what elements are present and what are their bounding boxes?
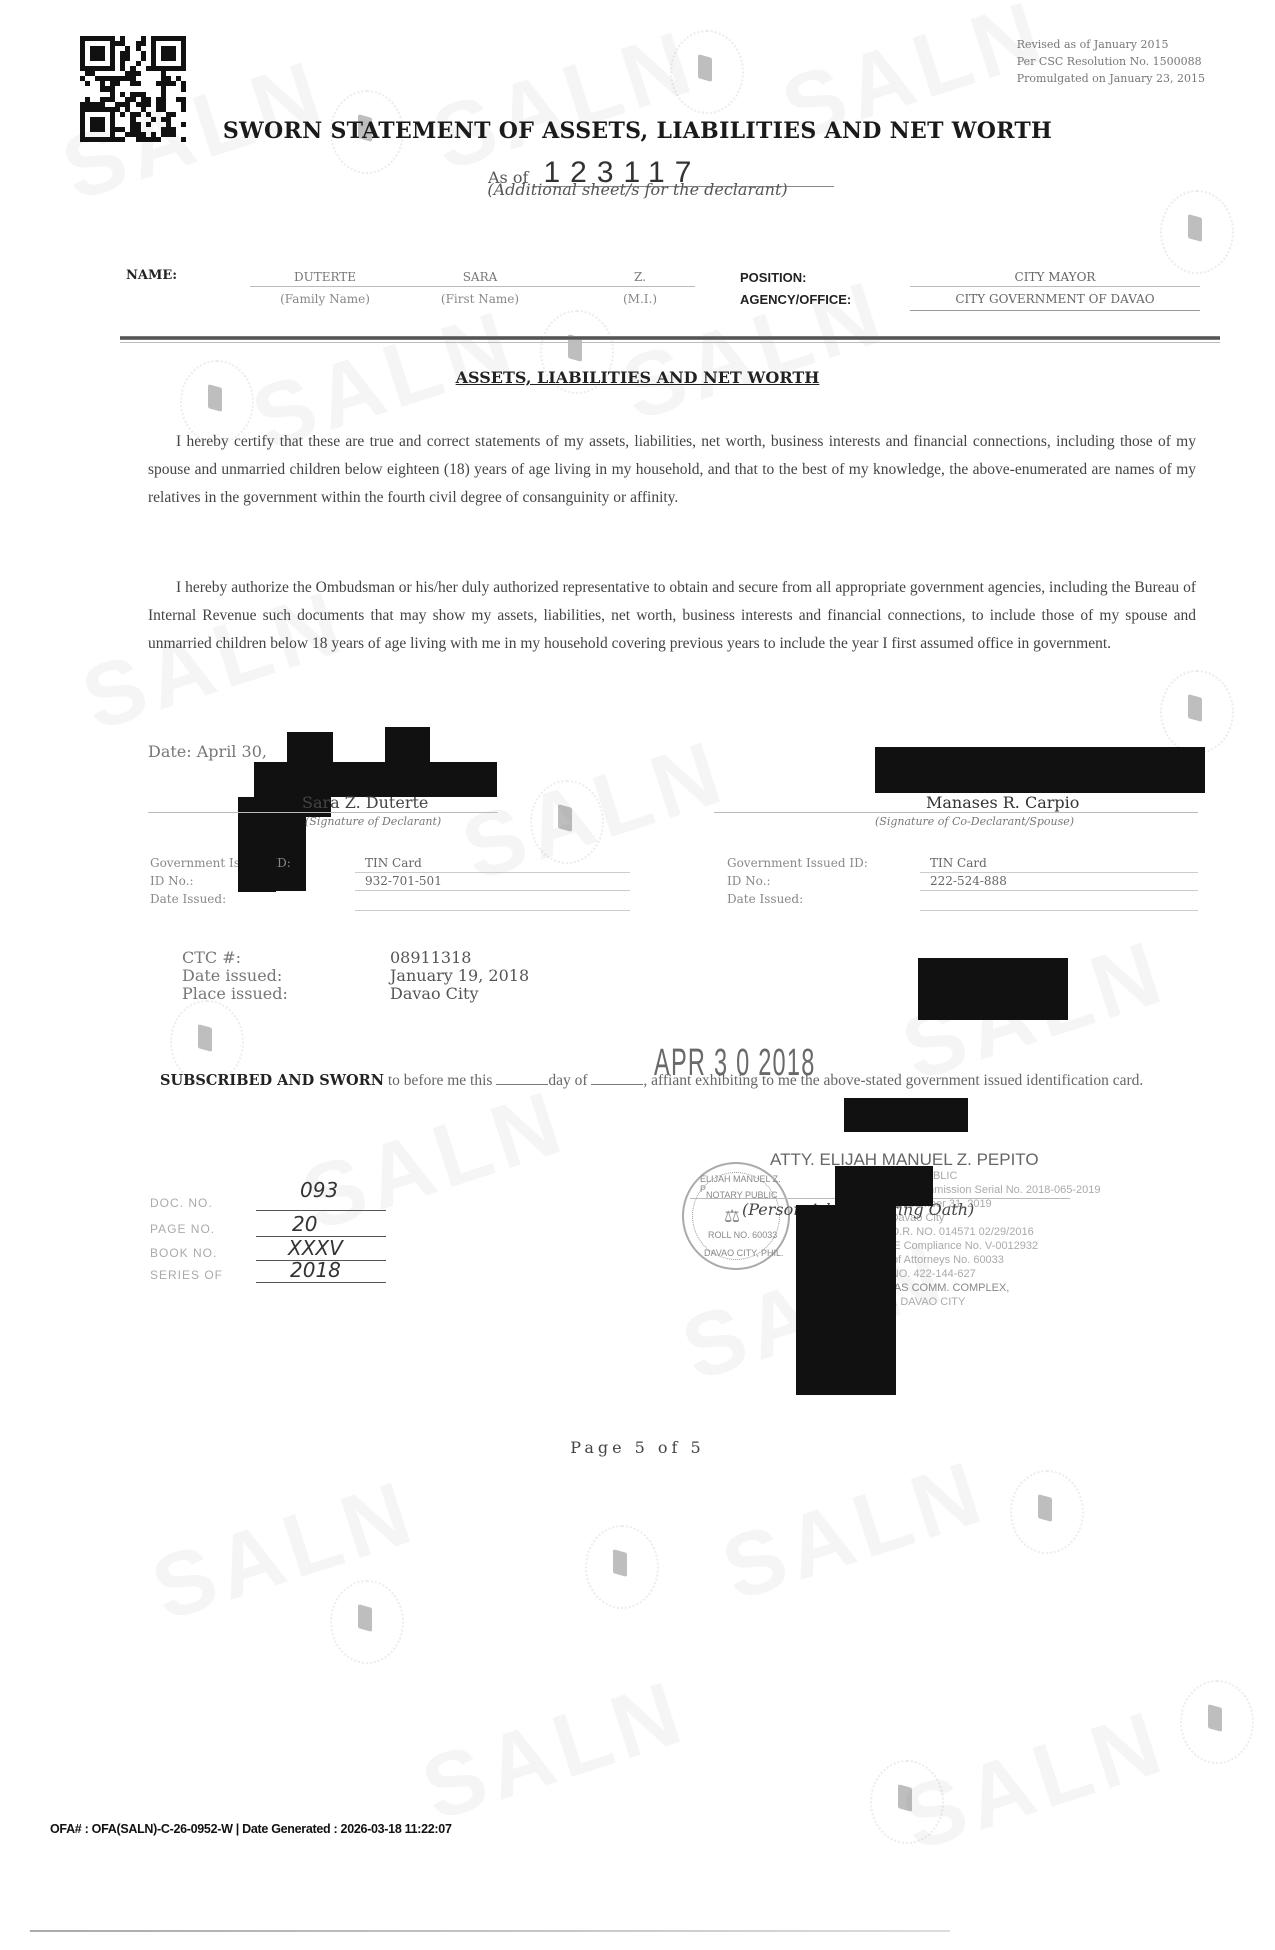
scan-edge-line [30,1930,950,1932]
declarant-gov-id: TIN Card [365,856,422,870]
doc-no-value: 093 [300,1178,338,1202]
spouse-gov-id: TIN Card [930,856,987,870]
watermark-seal-icon [670,30,744,114]
jurat-text: SUBSCRIBED AND SWORN to before me this d… [160,1070,1200,1092]
seal-text: ROLL NO. 60033 [708,1230,777,1240]
spouse-id-no-label: ID No.: [727,874,771,888]
watermark-seal-icon [330,1580,404,1664]
declarant-date-issued-label: Date Issued: [150,892,226,906]
ctc-number: 08911318 [390,948,471,967]
scales-icon: ⚖ [724,1206,740,1227]
doc-no-label: DOC. NO. [150,1196,213,1210]
name-underline [250,286,695,287]
mi-caption: (M.I.) [600,292,680,306]
page-no-value: 20 [292,1212,317,1236]
field-underline [355,910,630,911]
field-underline [920,890,1198,891]
day-blank [496,1084,548,1085]
field-underline [920,910,1198,911]
redaction-block [918,958,1068,1020]
field-underline [256,1210,386,1211]
first-name-caption: (First Name) [405,292,555,306]
family-name: DUTERTE [250,270,400,284]
seal-text: DAVAO CITY, PHIL. [704,1248,784,1258]
redaction-block [254,762,497,797]
month-blank [591,1084,643,1085]
position-value: CITY MAYOR [910,270,1200,284]
revision-note: Revised as of January 2015 Per CSC Resol… [1017,36,1205,87]
page-no-label: PAGE NO. [150,1222,215,1236]
watermark-seal-icon [1010,1470,1084,1554]
section-divider [120,336,1220,340]
series-label: SERIES OF [150,1268,223,1282]
field-underline [256,1282,386,1283]
declarant-id-no: 932-701-501 [365,874,442,888]
ctc-label: CTC #: [182,948,241,967]
certification-paragraph: I hereby certify that these are true and… [148,428,1196,512]
redaction-block [385,727,430,766]
watermark: SALN [611,261,899,442]
document-title: SWORN STATEMENT OF ASSETS, LIABILITIES A… [0,118,1275,144]
spouse-name: Manases R. Carpio [926,793,1079,812]
revision-line: Revised as of January 2015 [1017,36,1205,53]
declarant-signature-line [148,812,498,813]
first-name: SARA [405,270,555,284]
watermark-seal-icon [1160,190,1234,274]
ctc-date-label: Date issued: [182,966,282,985]
field-underline [355,890,630,891]
watermark-seal-icon [1180,1680,1254,1764]
spouse-signature-caption: (Signature of Co-Declarant/Spouse) [875,815,1074,828]
section-divider-thin [120,342,1220,343]
redaction-block [238,856,276,892]
family-name-caption: (Family Name) [250,292,400,306]
watermark-seal-icon [585,1525,659,1609]
redaction-block [287,732,333,766]
section-title: ASSETS, LIABILITIES AND NET WORTH [0,368,1275,387]
generated-footer: OFA# : OFA(SALN)-C-26-0952-W | Date Gene… [50,1822,452,1836]
book-no-label: BOOK NO. [150,1246,217,1260]
agency-underline [910,310,1200,311]
watermark-seal-icon [870,1760,944,1844]
ctc-date: January 19, 2018 [390,966,529,985]
signing-date: Date: April 30, [148,742,267,761]
watermark-seal-icon [530,780,604,864]
watermark: SALN [291,1071,579,1252]
series-value: 2018 [290,1258,341,1282]
watermark-seal-icon [1160,670,1234,754]
authorization-paragraph: I hereby authorize the Ombudsman or his/… [148,574,1196,658]
watermark: SALN [141,1461,429,1642]
agency-label: AGENCY/OFFICE: [740,292,851,307]
watermark: SALN [411,1661,699,1842]
revision-line: Promulgated on January 23, 2015 [1017,70,1205,87]
redaction-block [796,1205,896,1395]
revision-line: Per CSC Resolution No. 1500088 [1017,53,1205,70]
jurat-text-c: , affiant exhibiting to me the above-sta… [643,1072,1143,1089]
watermark: SALN [711,1441,999,1622]
position-label: POSITION: [740,270,806,285]
spouse-date-issued-label: Date Issued: [727,892,803,906]
jurat-text-b: day of [548,1072,591,1089]
field-underline [920,872,1198,873]
spouse-signature-line [714,812,1198,813]
position-underline [910,286,1200,287]
declarant-id-no-label: ID No.: [150,874,194,888]
jurat-heading: SUBSCRIBED AND SWORN [160,1072,384,1089]
ctc-place: Davao City [390,984,479,1003]
name-label: NAME: [126,268,177,283]
jurat-text-a: to before me this [384,1072,496,1089]
field-underline [355,872,630,873]
redaction-block [844,1098,968,1132]
book-no-value: XXXV [288,1236,343,1260]
redaction-block [835,1166,933,1206]
ctc-place-label: Place issued: [182,984,288,1003]
agency-value: CITY GOVERNMENT OF DAVAO [910,292,1200,306]
watermark: SALN [891,1691,1179,1872]
spouse-id-no: 222-524-888 [930,874,1007,888]
redaction-block [875,747,1205,793]
declarant-signature-caption: (Signature of Declarant) [305,815,441,828]
document-subtitle: (Additional sheet/s for the declarant) [0,180,1275,199]
middle-initial: Z. [600,270,680,284]
page-indicator: Page 5 of 5 [0,1438,1275,1457]
spouse-gov-id-label: Government Issued ID: [727,856,868,870]
declarant-name: Sara Z. Duterte [302,793,428,812]
